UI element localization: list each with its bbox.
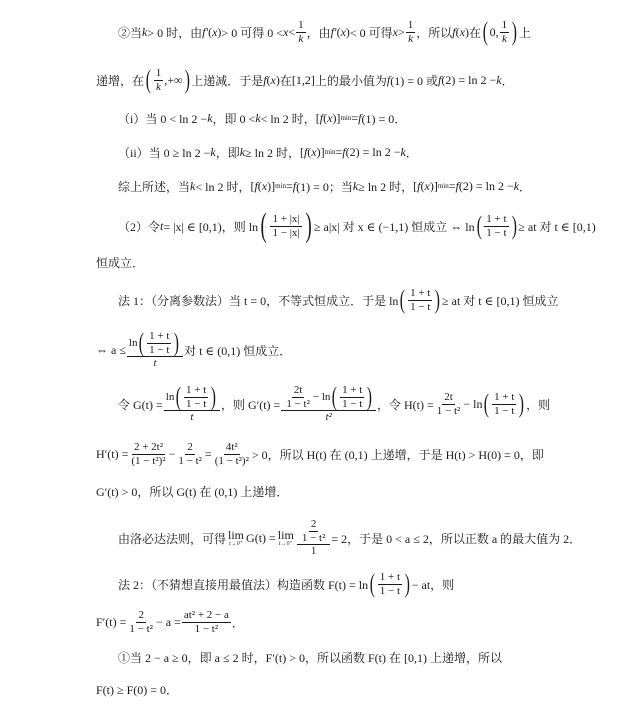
math: x: [311, 145, 316, 160]
denominator: 1 − t²: [193, 623, 221, 636]
fraction: 1 + t1 − t: [408, 287, 432, 313]
text: =: [205, 447, 212, 462]
paren: ): [367, 384, 372, 410]
text-line-6: （2）令 t = |x| ∈ [0,1)，则 ln (1 + |x|1 − |x…: [118, 204, 596, 248]
text: − ln: [313, 391, 331, 404]
numerator: ln(1 + t1 − t): [164, 384, 220, 411]
denominator: 1 − |x|: [270, 227, 301, 240]
denominator: t: [151, 357, 158, 370]
fraction: 1k: [296, 19, 306, 45]
text: ①当 2 − a ≥ 0，即 a ≤ 2 时，F′(t) > 0，所以函数 F(…: [118, 649, 502, 666]
denominator: k: [296, 33, 305, 46]
text: >: [398, 25, 405, 40]
subscript: t→0⁺: [229, 541, 243, 547]
paren: (: [176, 384, 181, 410]
text: (2) = ln 2 −: [346, 145, 401, 160]
math: x: [460, 25, 465, 40]
text: 上: [519, 24, 531, 41]
text: 法 1：（分离参数法）当 t = 0，不等式恒成立．于是 ln: [118, 292, 398, 309]
text-line-1: ②当k > 0 时，由 f′(x) > 0 可得 0 < x < 1k ，由 f…: [118, 12, 531, 52]
text: − a =: [156, 615, 181, 630]
denominator: 1: [309, 545, 319, 558]
text-line-7: 恒成立．: [96, 252, 144, 272]
denominator: (1 − t²)²: [213, 455, 251, 468]
text: ．: [519, 178, 531, 195]
fraction: 2 + 2t²(1 − t²)²: [129, 441, 167, 467]
fraction: 2t1 − t²: [435, 391, 463, 417]
text: 由洛必达法则，可得: [118, 530, 226, 547]
denominator: 1 − t: [492, 405, 516, 418]
denominator: t: [188, 411, 195, 424]
numerator: 21 − t²: [297, 518, 331, 545]
text-line-10: 令 G(t) = ln(1 + t1 − t) t ，则 G′(t) = 2t1…: [118, 376, 550, 432]
fraction: 21 − t² 1: [297, 518, 331, 558]
text: ．: [502, 72, 514, 89]
math: x: [262, 179, 267, 194]
denominator: 1 − t: [340, 398, 364, 411]
text-line-11: H′(t) = 2 + 2t²(1 − t²)² − 21 − t² = 4t²…: [96, 432, 544, 476]
math: f: [254, 179, 257, 194]
paren: (: [370, 571, 375, 597]
paren: (: [483, 19, 488, 45]
denominator: 1 − t²: [176, 455, 204, 468]
math: f′: [331, 25, 337, 40]
numerator: 1: [500, 19, 510, 33]
denominator: k: [500, 33, 509, 46]
text: ≥ at 对 t ∈ [0,1): [518, 218, 595, 235]
paren: ): [512, 19, 517, 45]
math: x: [341, 25, 346, 40]
fraction: 2t1 − t² − ln(1 + t1 − t) t²: [281, 384, 376, 424]
text: > 0 可得 0 <: [221, 24, 283, 41]
subscript: t→0⁺: [279, 541, 293, 547]
text: F′(t) =: [96, 615, 126, 630]
text: (1) = 0；当: [296, 178, 353, 195]
text: =: [449, 179, 456, 194]
fraction: 1k: [154, 67, 164, 93]
text: lim: [228, 529, 244, 541]
text: F(t) ≥ F(0) = 0．: [96, 681, 178, 698]
numerator: 2: [136, 609, 146, 623]
text: ，由: [307, 24, 331, 41]
text: − ln: [463, 397, 482, 412]
text: 递增，在: [96, 72, 144, 89]
text: ≥ a|x| 对 x ∈ (−1,1) 恒成立 ⇔ ln: [314, 218, 475, 235]
numerator: 1 + t: [378, 571, 402, 585]
limit: limt→0⁺: [278, 529, 294, 547]
text: ．: [232, 614, 244, 631]
paren: ): [305, 209, 311, 243]
text: ln: [166, 391, 175, 404]
math: f: [263, 73, 266, 88]
text: =: [336, 145, 343, 160]
text: 在: [469, 24, 481, 41]
math: f: [304, 145, 307, 160]
text: − at，则: [412, 576, 454, 593]
text: > 0，所以 H(t) 在 (0,1) 上递增，于是 H(t) > H(0) =…: [252, 446, 544, 463]
denominator: k: [154, 81, 163, 94]
numerator: 2: [309, 518, 319, 532]
fraction: 1 + t1 − t: [492, 391, 516, 417]
text: 上递减．于是: [191, 72, 263, 89]
text: (1) = 0 或: [390, 72, 438, 89]
text-line-9: ⇔ a ≤ ln(1 + t1 − t) t 对 t ∈ (0,1) 恒成立．: [96, 322, 291, 378]
paren: (: [332, 384, 337, 410]
text: 恒成立．: [96, 254, 144, 271]
math: x: [327, 111, 332, 126]
text: (2) = ln 2 −: [459, 179, 514, 194]
numerator: 4t²: [224, 441, 240, 455]
denominator: k: [406, 33, 415, 46]
text-line-17: F(t) ≥ F(0) = 0．: [96, 678, 178, 700]
text: 0,: [490, 25, 499, 40]
text: > 0 时，由: [147, 24, 202, 41]
fraction: 21 − t²: [127, 609, 155, 635]
text: =: [351, 111, 358, 126]
paren: (: [261, 209, 267, 243]
paren: (: [139, 330, 144, 356]
paren: (: [400, 287, 405, 313]
text-line-15: F′(t) = 21 − t² − a = at² + 2 − a1 − t² …: [96, 604, 244, 640]
text: 令 G(t) =: [118, 396, 163, 413]
fraction: ln(1 + t1 − t) t: [164, 384, 220, 424]
text: ，即 0 <: [213, 110, 256, 127]
denominator: 1 − t²: [127, 623, 155, 636]
fraction: 1 + t1 − t: [147, 330, 171, 356]
math: x: [425, 179, 430, 194]
text: (1) = 0．: [361, 110, 406, 127]
fraction: 1 + t1 − t: [184, 384, 208, 410]
denominator: 1 − t: [408, 301, 432, 314]
fraction: 1k: [500, 19, 510, 45]
numerator: 1 + |x|: [270, 213, 301, 227]
text-line-8: 法 1：（分离参数法）当 t = 0，不等式恒成立．于是 ln (1 + t1 …: [118, 282, 559, 318]
limit: limt→0⁺: [228, 529, 244, 547]
numerator: 1 + t: [492, 391, 516, 405]
text: H′(t) =: [96, 447, 128, 462]
denominator: 1 − t: [147, 344, 171, 357]
text: ，令 H(t) =: [377, 396, 434, 413]
paren: (: [476, 213, 481, 239]
text: ，所以: [416, 24, 452, 41]
text: 综上所述，当: [118, 178, 190, 195]
math: x: [271, 73, 276, 88]
text: 法 2：（不猜想直接用最值法）构造函数 F(t) = ln: [118, 576, 368, 593]
denominator: (1 − t²)²: [129, 455, 167, 468]
text: 对 t ∈ (0,1) 恒成立．: [184, 342, 291, 359]
denominator: 1 − t: [184, 398, 208, 411]
text: ．: [406, 144, 418, 161]
fraction: ln(1 + t1 − t) t: [127, 330, 183, 370]
text: ≥ ln 2 时，: [358, 178, 413, 195]
text: =: [286, 179, 293, 194]
text: （i）当 0 < ln 2 −: [118, 110, 207, 127]
fraction: 1 + t1 − t: [340, 384, 364, 410]
fraction: 2t1 − t²: [284, 384, 312, 410]
numerator: at² + 2 − a: [182, 609, 231, 623]
text: ≥ at 对 t ∈ [0,1) 恒成立: [442, 292, 558, 309]
text-line-4: （ii）当 0 ≥ ln 2 − k，即 k ≥ ln 2 时， [f(x)]m…: [118, 140, 418, 164]
math: f: [452, 25, 455, 40]
text-line-14: 法 2：（不猜想直接用最值法）构造函数 F(t) = ln (1 + t1 − …: [118, 566, 454, 602]
math: f: [417, 179, 420, 194]
text-line-5: 综上所述，当 k < ln 2 时， [f(x)]min = f(1) = 0；…: [118, 174, 531, 198]
subscript: min: [340, 114, 351, 122]
numerator: ln(1 + t1 − t): [127, 330, 183, 357]
text: < ln 2 时，: [195, 178, 250, 195]
text-line-3: （i）当 0 < ln 2 − k，即 0 < k < ln 2 时， [f(x…: [118, 106, 406, 130]
numerator: 2t: [292, 384, 305, 398]
subscript: min: [438, 182, 449, 190]
numerator: 2 + 2t²: [132, 441, 165, 455]
math: x: [212, 25, 217, 40]
text-line-2: 递增，在(1k,+∞) 上递减．于是 f(x) 在[1,2]上的最小值为 f(1…: [96, 60, 514, 100]
paren: (: [146, 67, 151, 93]
numerator: 2t: [442, 391, 455, 405]
text: ln: [129, 337, 138, 350]
fraction: 4t²(1 − t²)²: [213, 441, 251, 467]
denominator: 1 − t²: [284, 398, 312, 411]
paren: ): [174, 330, 179, 356]
text: [1,2]: [292, 73, 315, 88]
text: ,+∞: [164, 73, 182, 88]
numerator: 2t1 − t² − ln(1 + t1 − t): [281, 384, 376, 411]
paren: ): [405, 571, 410, 597]
text: ，则: [526, 396, 550, 413]
text: (2) = ln 2 −: [441, 73, 496, 88]
denominator: 1 − t²: [435, 405, 463, 418]
text: ⇔ a ≤: [96, 343, 126, 358]
paren: ): [211, 384, 216, 410]
text: （ii）当 0 ≥ ln 2 −: [118, 144, 210, 161]
fraction: at² + 2 − a1 − t²: [182, 609, 231, 635]
text: < ln 2 时，: [261, 110, 316, 127]
text: G′(t) > 0，所以 G(t) 在 (0,1) 上递增．: [96, 483, 288, 500]
text: 在: [280, 72, 292, 89]
numerator: 1: [406, 19, 416, 33]
paren: ): [184, 67, 189, 93]
text: lim: [278, 529, 294, 541]
math: f′: [202, 25, 208, 40]
numerator: 2: [185, 441, 195, 455]
text: 上的最小值为: [315, 72, 387, 89]
fraction: 1 + t1 − t: [484, 213, 508, 239]
fraction: 1 + |x|1 − |x|: [270, 213, 301, 239]
fraction: 1k: [406, 19, 416, 45]
text: ≥ ln 2 时，: [245, 144, 300, 161]
text: = 2，于是 0 < a ≤ 2，所以正数 a 的最大值为 2．: [331, 530, 581, 547]
paren: (: [484, 391, 489, 417]
denominator: 1 − t: [484, 227, 508, 240]
numerator: 1: [154, 67, 164, 81]
fraction: 1 + t1 − t: [378, 571, 402, 597]
paren: ): [435, 287, 440, 313]
text: ，即: [216, 144, 240, 161]
text: ②当: [118, 24, 142, 41]
text-line-16: ①当 2 − a ≥ 0，即 a ≤ 2 时，F′(t) > 0，所以函数 F(…: [118, 646, 502, 668]
denominator: t²: [323, 411, 333, 424]
numerator: 1 + t: [340, 384, 364, 398]
numerator: 1 + t: [147, 330, 171, 344]
text: <: [288, 25, 295, 40]
text-line-13: 由洛必达法则，可得 limt→0⁺ G(t) = limt→0⁺ 21 − t²…: [118, 510, 581, 566]
numerator: 1 + t: [408, 287, 432, 301]
numerator: 1: [296, 19, 306, 33]
denominator: 1 − t²: [300, 532, 328, 545]
text: < 0 可得: [350, 24, 393, 41]
numerator: 1 + t: [184, 384, 208, 398]
math: f: [320, 111, 323, 126]
paren: ): [519, 391, 524, 417]
fraction: 21 − t²: [300, 518, 328, 544]
text: ，则 G′(t) =: [221, 396, 280, 413]
fraction: 21 − t²: [176, 441, 204, 467]
subscript: min: [275, 182, 286, 190]
denominator: 1 − t: [378, 585, 402, 598]
paren: ): [511, 213, 516, 239]
text-line-12: G′(t) > 0，所以 G(t) 在 (0,1) 上递增．: [96, 480, 288, 502]
text: −: [169, 447, 176, 462]
subscript: min: [325, 148, 336, 156]
text: = |x| ∈ [0,1)，则 ln: [163, 218, 258, 235]
numerator: 1 + t: [484, 213, 508, 227]
text: G(t) =: [246, 531, 276, 546]
text: （2）令: [118, 218, 160, 235]
